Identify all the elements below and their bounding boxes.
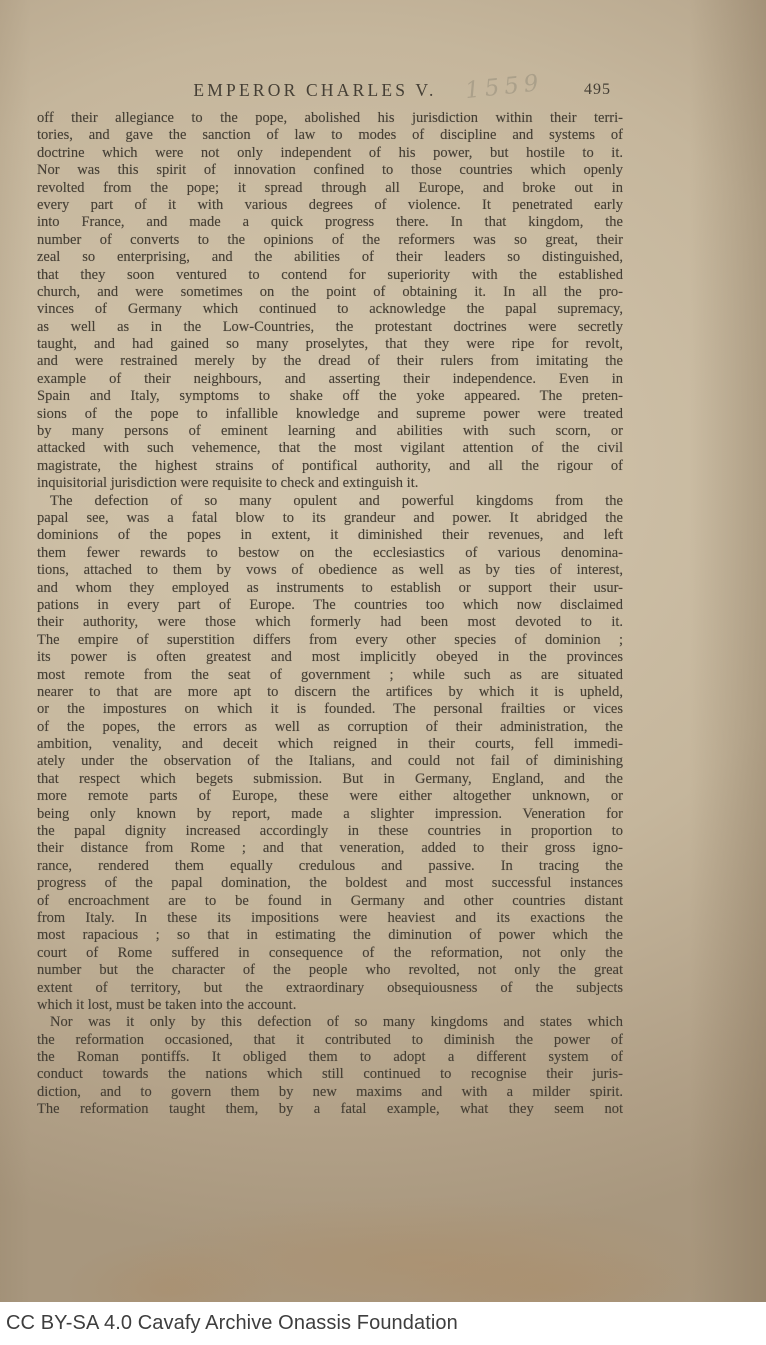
text-line: most rapacious ; so that in estimating t… bbox=[37, 927, 623, 944]
text-line: magistrate, the highest strains of ponti… bbox=[37, 458, 623, 475]
text-line: ambition, venality, and deceit which rei… bbox=[37, 736, 623, 753]
text-line: Nor was it only by this defection of so … bbox=[37, 1014, 623, 1031]
text-line: ately under the observation of the Itali… bbox=[37, 753, 623, 770]
text-line: tories, and gave the sanction of law to … bbox=[37, 127, 623, 144]
text-line: vinces of Germany which continued to ack… bbox=[37, 301, 623, 318]
text-line: Nor was this spirit of innovation confin… bbox=[37, 162, 623, 179]
text-line: tions, attached to them by vows of obedi… bbox=[37, 562, 623, 579]
text-line: extent of territory, but the extraordina… bbox=[37, 980, 623, 997]
text-line: of encroachment are to be found in Germa… bbox=[37, 893, 623, 910]
text-line: the papal dignity increased accordingly … bbox=[37, 823, 623, 840]
text-line: as well as in the Low-Countries, the pro… bbox=[37, 319, 623, 336]
text-line: rance, rendered them equally credulous a… bbox=[37, 858, 623, 875]
text-line: nearer to that are more apt to discern t… bbox=[37, 684, 623, 701]
text-line: zeal so enterprising, and the abilities … bbox=[37, 249, 623, 266]
text-line: court of Rome suffered in consequence of… bbox=[37, 945, 623, 962]
text-line: number of converts to the opinions of th… bbox=[37, 232, 623, 249]
text-line: their authority, were those which former… bbox=[37, 614, 623, 631]
text-line: taught, and had gained so many proselyte… bbox=[37, 336, 623, 353]
text-line: pations in every part of Europe. The cou… bbox=[37, 597, 623, 614]
text-line: the reformation occasioned, that it cont… bbox=[37, 1032, 623, 1049]
text-line: that respect which begets submission. Bu… bbox=[37, 771, 623, 788]
book-page-scan: EMPEROR CHARLES V. 1559 495 off their al… bbox=[0, 0, 766, 1302]
text-line: diction, and to govern them by new maxim… bbox=[37, 1084, 623, 1101]
text-line: attacked with such vehemence, that the m… bbox=[37, 440, 623, 457]
text-line: of the popes, the errors as well as corr… bbox=[37, 719, 623, 736]
text-line: number but the character of the people w… bbox=[37, 962, 623, 979]
text-line: the Roman pontiffs. It obliged them to a… bbox=[37, 1049, 623, 1066]
text-line: or the impostures on which it is founded… bbox=[37, 701, 623, 718]
text-line: their distance from Rome ; and that vene… bbox=[37, 840, 623, 857]
text-line: Spain and Italy, symptoms to shake off t… bbox=[37, 388, 623, 405]
text-line: conduct towards the nations which still … bbox=[37, 1066, 623, 1083]
page-number: 495 bbox=[584, 81, 611, 99]
text-line: The empire of superstition differs from … bbox=[37, 632, 623, 649]
text-line: church, and were sometimes on the point … bbox=[37, 284, 623, 301]
text-line: example of their neighbours, and asserti… bbox=[37, 371, 623, 388]
text-line: off their allegiance to the pope, abolis… bbox=[37, 110, 623, 127]
text-line: being only known by report, made a sligh… bbox=[37, 806, 623, 823]
text-line: by many persons of eminent learning and … bbox=[37, 423, 623, 440]
text-line: its power is often greatest and most imp… bbox=[37, 649, 623, 666]
text-line: inquisitorial jurisdiction were requisit… bbox=[37, 475, 623, 492]
text-line: which it lost, must be taken into the ac… bbox=[37, 997, 623, 1014]
text-line: doctrine which were not only independent… bbox=[37, 145, 623, 162]
text-line: papal see, was a fatal blow to its grand… bbox=[37, 510, 623, 527]
text-line: and were restrained merely by the dread … bbox=[37, 353, 623, 370]
text-line: from Italy. In these its impositions wer… bbox=[37, 910, 623, 927]
text-line: most remote from the seat of government … bbox=[37, 667, 623, 684]
text-line: into France, and made a quick progress t… bbox=[37, 214, 623, 231]
text-line: dominions of the popes in extent, it dim… bbox=[37, 527, 623, 544]
text-line: The defection of so many opulent and pow… bbox=[37, 493, 623, 510]
text-line: The reformation taught them, by a fatal … bbox=[37, 1101, 623, 1118]
text-line: sions of the pope to infallible knowledg… bbox=[37, 406, 623, 423]
text-line: every part of it with various degrees of… bbox=[37, 197, 623, 214]
text-line: them fewer rewards to bestow on the eccl… bbox=[37, 545, 623, 562]
text-line: progress of the papal domination, the bo… bbox=[37, 875, 623, 892]
license-text: CC BY-SA 4.0 Cavafy Archive Onassis Foun… bbox=[0, 1312, 458, 1335]
license-bar: CC BY-SA 4.0 Cavafy Archive Onassis Foun… bbox=[0, 1302, 766, 1345]
text-line: more remote parts of Europe, these were … bbox=[37, 788, 623, 805]
page-header: EMPEROR CHARLES V. 1559 495 bbox=[37, 80, 623, 104]
text-line: revolted from the pope; it spread throug… bbox=[37, 180, 623, 197]
text-column: off their allegiance to the pope, abolis… bbox=[37, 110, 623, 1119]
text-line: and whom they employed as instruments to… bbox=[37, 580, 623, 597]
text-line: that they soon ventured to contend for s… bbox=[37, 267, 623, 284]
